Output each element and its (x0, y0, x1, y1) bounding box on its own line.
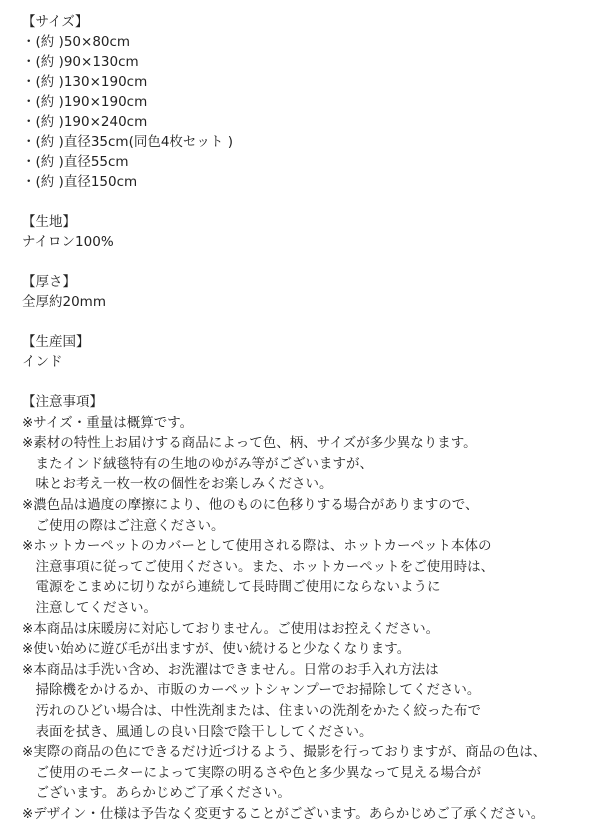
size-section: 【サイズ】 ・(約 )50×80cm ・(約 )90×130cm ・(約 )13… (22, 12, 600, 192)
size-item: ・(約 )直径35cm(同色4枚セット ) (22, 132, 600, 152)
thickness-section: 【厚さ】 全厚約20mm (22, 272, 600, 312)
note-line: 汚れのひどい場合は、中性洗剤または、住まいの洗剤をかたく絞った布で (22, 701, 600, 722)
thickness-heading: 【厚さ】 (22, 272, 600, 292)
note-line: 味とお考え一枚一枚の個性をお楽しみください。 (22, 474, 600, 495)
note-line: ※素材の特性上お届けする商品によって色、柄、サイズが多少異なります。 (22, 433, 600, 454)
notes-section: 【注意事項】 ※サイズ・重量は概算です。 ※素材の特性上お届けする商品によって色… (22, 392, 600, 824)
origin-heading: 【生産国】 (22, 332, 600, 352)
size-heading: 【サイズ】 (22, 12, 600, 32)
size-item: ・(約 )直径150cm (22, 172, 600, 192)
note-line: ※サイズ・重量は概算です。 (22, 413, 600, 434)
material-heading: 【生地】 (22, 212, 600, 232)
origin-value: インド (22, 352, 600, 372)
note-line: またインド絨毯特有の生地のゆがみ等がございますが、 (22, 454, 600, 475)
note-line: 電源をこまめに切りながら連続して長時間ご使用にならないように (22, 577, 600, 598)
note-line: ※デザイン・仕様は予告なく変更することがございます。あらかじめご了承ください。 (22, 804, 600, 825)
note-line: ※使い始めに遊び毛が出ますが、使い続けると少なくなります。 (22, 639, 600, 660)
size-item: ・(約 )直径55cm (22, 152, 600, 172)
note-line: ※本商品は手洗い含め、お洗濯はできません。日常のお手入れ方法は (22, 660, 600, 681)
thickness-value: 全厚約20mm (22, 292, 600, 312)
size-item: ・(約 )190×240cm (22, 112, 600, 132)
note-line: ※本商品は床暖房に対応しておりません。ご使用はお控えください。 (22, 619, 600, 640)
note-line: ※ホットカーペットのカバーとして使用される際は、ホットカーペット本体の (22, 536, 600, 557)
size-item: ・(約 )90×130cm (22, 52, 600, 72)
size-item: ・(約 )190×190cm (22, 92, 600, 112)
note-line: 注意事項に従ってご使用ください。また、ホットカーペットをご使用時は、 (22, 557, 600, 578)
notes-heading: 【注意事項】 (22, 392, 600, 413)
note-line: ございます。あらかじめご了承ください。 (22, 783, 600, 804)
material-section: 【生地】 ナイロン100% (22, 212, 600, 252)
note-line: ご使用のモニターによって実際の明るさや色と多少異なって見える場合が (22, 763, 600, 784)
origin-section: 【生産国】 インド (22, 332, 600, 372)
note-line: 掃除機をかけるか、市販のカーペットシャンプーでお掃除してください。 (22, 680, 600, 701)
note-line: ※濃色品は過度の摩擦により、他のものに色移りする場合がありますので、 (22, 495, 600, 516)
product-spec-document: 【サイズ】 ・(約 )50×80cm ・(約 )90×130cm ・(約 )13… (0, 0, 600, 824)
size-item: ・(約 )50×80cm (22, 32, 600, 52)
note-line: ご使用の際はご注意ください。 (22, 516, 600, 537)
note-line: 表面を拭き、風通しの良い日陰で陰干ししてください。 (22, 722, 600, 743)
size-item: ・(約 )130×190cm (22, 72, 600, 92)
note-line: ※実際の商品の色にできるだけ近づけるよう、撮影を行っておりますが、商品の色は、 (22, 742, 600, 763)
note-line: 注意してください。 (22, 598, 600, 619)
material-value: ナイロン100% (22, 232, 600, 252)
